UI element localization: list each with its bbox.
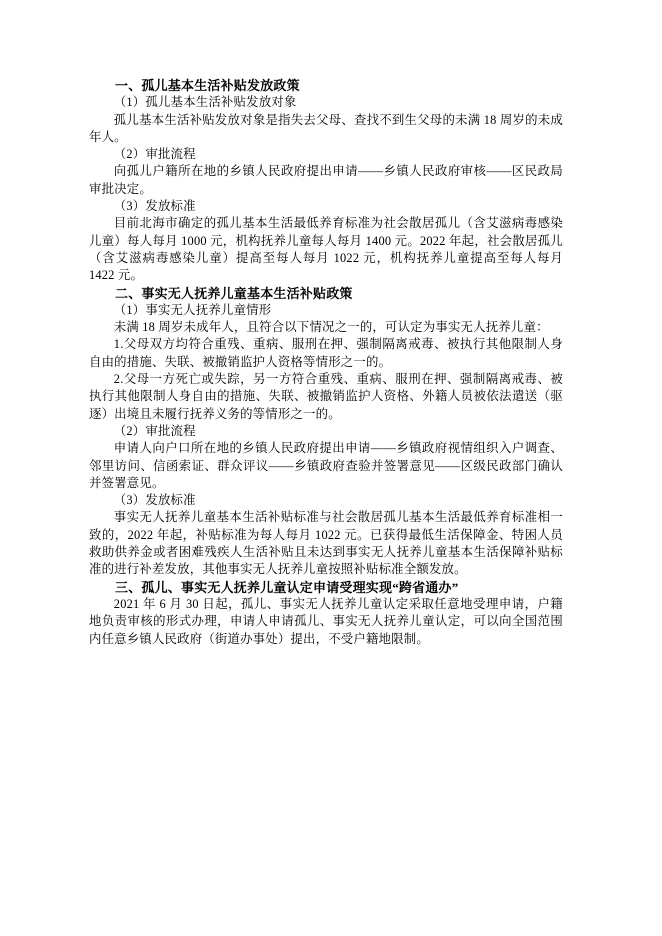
section-1-subheading-3: （3）发放标准: [89, 198, 563, 215]
document-page: 一、孤儿基本生活补贴发放政策 （1）孤儿基本生活补贴发放对象 孤儿基本生活补贴发…: [0, 0, 662, 936]
section-2-subheading-3: （3）发放标准: [89, 492, 563, 509]
section-2-paragraph-3: 2.父母一方死亡或失踪，另一方符合重残、重病、服刑在押、强制隔离戒毒、被执行其他…: [89, 371, 563, 423]
section-1-paragraph-1: 孤儿基本生活补贴发放对象是指失去父母、查找不到生父母的未满 18 周岁的未成年人…: [89, 112, 563, 147]
section-2-subheading-2: （2）审批流程: [89, 423, 563, 440]
section-2-heading: 二、事实无人抚养儿童基本生活补贴政策: [89, 285, 563, 302]
section-1-paragraph-2: 向孤儿户籍所在地的乡镇人民政府提出申请——乡镇人民政府审核——区民政局审批决定。: [89, 163, 563, 198]
section-2-paragraph-1: 未满 18 周岁未成年人，且符合以下情况之一的，可认定为事实无人抚养儿童：: [89, 319, 563, 336]
section-2-subheading-1: （1）事实无人抚养儿童情形: [89, 302, 563, 319]
section-3-heading: 三、孤儿、事实无人抚养儿童认定申请受理实现“跨省通办”: [89, 579, 563, 596]
section-1-paragraph-3: 目前北海市确定的孤儿基本生活最低养育标准为社会散居孤儿（含艾滋病毒感染儿童）每人…: [89, 215, 563, 284]
section-2-paragraph-4: 申请人向户口所在地的乡镇人民政府提出申请——乡镇政府视情组织入户调查、邻里访问、…: [89, 440, 563, 492]
section-2-paragraph-2: 1.父母双方均符合重残、重病、服刑在押、强制隔离戒毒、被执行其他限制人身自由的措…: [89, 336, 563, 371]
section-2-paragraph-5: 事实无人抚养儿童基本生活补贴标准与社会散居孤儿基本生活最低养育标准相一致的，20…: [89, 509, 563, 578]
section-1-subheading-1: （1）孤儿基本生活补贴发放对象: [89, 94, 563, 111]
section-1-heading: 一、孤儿基本生活补贴发放政策: [89, 77, 563, 94]
section-3-paragraph-1: 2021 年 6 月 30 日起，孤儿、事实无人抚养儿童认定采取任意地受理申请，…: [89, 596, 563, 648]
section-1-subheading-2: （2）审批流程: [89, 146, 563, 163]
document-body: 一、孤儿基本生活补贴发放政策 （1）孤儿基本生活补贴发放对象 孤儿基本生活补贴发…: [89, 77, 563, 648]
